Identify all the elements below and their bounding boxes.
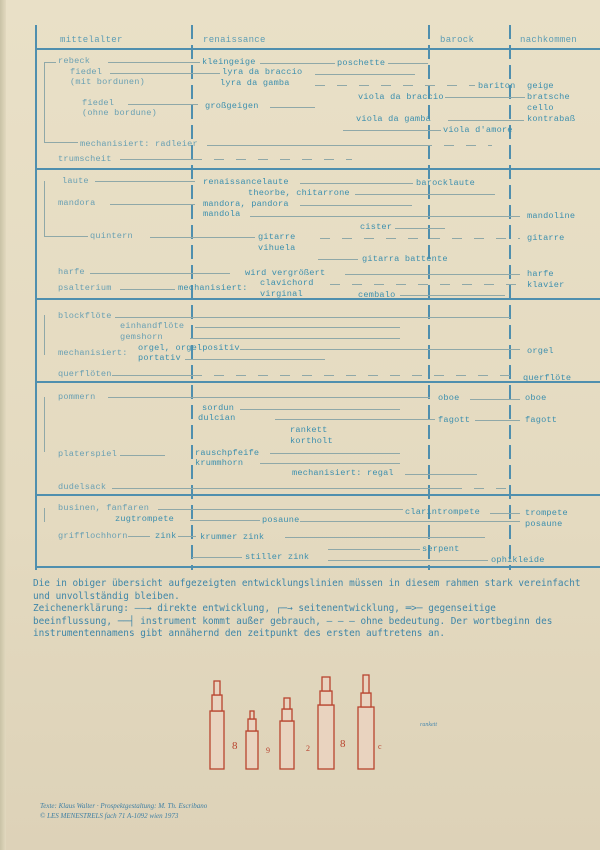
end-bar-icon: ──┤ [118,616,135,627]
arrow-line [95,181,195,182]
section-divider-1 [35,168,600,170]
label-vihuela: vihuela [258,243,296,253]
bracket-line [44,181,45,236]
label-blockfloete: blockflöte [58,311,112,321]
legend-line-2: und unvollständig bleiben. [33,591,583,604]
dashed-line [315,85,475,86]
label-fiedel-1: fiedel [70,67,102,77]
label-mandoline: mandoline [527,211,575,221]
line [270,453,400,454]
label-viola-da-gamba: viola da gamba [356,114,431,124]
line [300,205,412,206]
legend-no-meaning: ohne bedeutung. Der wortbeginn des [360,616,552,627]
legend-mutual-a: gegenseitige [428,603,496,614]
label-krummer-zink: krummer zink [200,532,264,542]
section-divider-4 [35,494,600,496]
legend-direct: direkte entwicklung, [157,603,270,614]
label-rauschpfeife: rauschpfeife [195,448,259,458]
label-cello: cello [527,103,554,113]
dashed-line [452,488,512,489]
line [115,317,510,318]
line [285,537,485,538]
line [395,228,445,229]
label-stiller-zink: stiller zink [245,552,309,562]
label-krummhorn: krummhorn [195,458,243,468]
bracket-line [44,315,45,355]
label-viola-da-braccio: viola da braccio [358,92,444,102]
label-mechanisiert-2: mechanisiert: [58,348,128,358]
label-psalterium: psalterium [58,283,112,293]
section-divider-3 [35,381,600,383]
line [185,359,325,360]
label-fagott-nach: fagott [525,415,557,425]
label-clavichord: clavichord [260,278,314,288]
bracket-line [44,508,45,522]
line [388,63,428,64]
mutual-arrow-icon: ═>─ [406,603,423,614]
arrow-line [448,120,524,121]
side-arrow-icon: ┌─→ [276,603,293,614]
legend-line-5: instrumentennamens gibt annähernd den ze… [33,628,583,641]
arrow-line [110,204,195,205]
arrow-line [475,420,520,421]
label-fiedel-2: fiedel [82,98,114,108]
line [343,130,441,131]
line [195,327,400,328]
label-rankett: rankett [290,425,328,435]
label-laute: laute [62,176,89,186]
line [318,259,358,260]
arrow-line [108,62,200,63]
line [270,107,315,108]
arrow-line [158,509,403,510]
label-ohne-bordune: (ohne bordune) [82,108,157,118]
label-oboe-nach: oboe [525,393,546,403]
legend-line-4: beeinflussung, ──┤ instrument kommt auße… [33,616,583,629]
arrow-line [470,399,520,400]
line [240,409,400,410]
arrow-line [240,349,520,350]
bracket-line [44,62,45,142]
label-barocklaute: barocklaute [416,178,475,188]
line [355,194,495,195]
label-dudelsack: dudelsack [58,482,106,492]
svg-text:8: 8 [340,738,346,750]
line [315,74,415,75]
label-gitarre-ren: gitarre [258,232,296,242]
label-businen: businen, fanfaren [58,503,149,513]
arrow-line [300,183,413,184]
arrow-line [128,536,150,537]
label-orgel-orgelpositiv: orgel, orgelpositiv [138,343,240,353]
label-quintern: quintern [90,231,133,241]
label-posaune-ren: posaune [262,515,300,525]
label-bratsche: bratsche [527,92,570,102]
legend-block: Die in obiger übersicht aufgezeigten ent… [33,578,583,641]
dashed-line-icon: — — — [327,616,355,627]
label-lyra-da-gamba: lyra da gamba [220,78,290,88]
dashed-line [192,375,520,376]
arrow-line [275,419,435,420]
arrow-line [250,216,520,217]
legend-out-of-use: instrument kommt außer gebrauch, [140,616,321,627]
label-harfe-mittel: harfe [58,267,85,277]
label-mit-bordunen: (mit bordunen) [70,77,145,87]
label-zink: zink [155,531,176,541]
arrow-line [345,274,520,275]
line [112,375,192,376]
label-querfloete: querflöte [523,373,571,383]
legend-side: seitenentwicklung, [298,603,400,614]
label-mandora-pandora: mandora, pandora [203,199,289,209]
paper-edge [0,0,6,850]
credits-line-2: © LES MENESTRELS fach 71 A-1092 wien 197… [40,812,178,820]
line [120,159,192,160]
label-klavier: klavier [527,280,565,290]
label-harfe-nach: harfe [527,269,554,279]
label-oboe-barock: oboe [438,393,459,403]
label-radleier: mechanisiert: radleier [80,139,198,149]
label-regal: mechanisiert: regal [292,468,394,478]
credits-line-1: Texte: Klaus Walter · Prospektgestaltung… [40,802,207,810]
arrow-line [110,73,220,74]
line [108,397,178,398]
arrow-line [190,520,260,521]
label-zugtrompete: zugtrompete [115,514,174,524]
arrow-line [260,63,335,64]
line [112,488,452,489]
section-divider-2 [35,298,600,300]
svg-text:2: 2 [306,744,310,753]
label-einhandfloete: einhandflöte [120,321,184,331]
label-orgel: orgel [527,346,554,356]
line [44,236,88,237]
dashed-line [320,238,520,239]
line [44,62,56,63]
label-theorbe: theorbe, chitarrone [248,188,350,198]
line [260,463,400,464]
label-grossgeigen: großgeigen [205,101,259,111]
label-wird-vergroessert: wird vergrößert [245,268,325,278]
arrow-line [178,397,430,398]
header-nachkommen: nachkommen [520,35,577,45]
line [207,145,422,146]
section-divider-5 [35,566,600,568]
label-kleingeige: kleingeige [202,57,256,67]
label-dulcian: dulcian [198,413,236,423]
label-geige: geige [527,81,554,91]
label-ophikleide: ophikleide [491,555,545,565]
legend-mutual-b: beeinflussung, [33,616,112,627]
label-grifflochhorn: grifflochhorn [58,531,128,541]
label-bariton: bariton [478,81,516,91]
label-mechanisiert-1: mechanisiert: [178,283,248,293]
arrow-line [120,289,175,290]
line [120,455,165,456]
dashed-line [192,159,352,160]
header-renaissance: renaissance [203,35,266,45]
header-rule [35,48,600,50]
label-cembalo: cembalo [358,290,396,300]
label-fagott-barock: fagott [438,415,470,425]
arrow-line [178,536,196,537]
svg-text:9: 9 [266,746,270,755]
legend-key-label: Zeichenerklärung: [33,603,129,614]
line [405,474,477,475]
arrow-line [300,521,520,522]
label-serpent: serpent [422,544,460,554]
direct-arrow-icon: ——→ [135,603,152,614]
arrow-line [150,237,255,238]
header-mittelalter: mittelalter [60,35,123,45]
label-mandola: mandola [203,209,241,219]
label-rebeck: rebeck [58,56,90,66]
line [190,338,400,339]
label-poschette: poschette [337,58,385,68]
label-gitarra-battente: gitarra battente [362,254,448,264]
label-posaune-nach: posaune [525,519,563,529]
line [44,142,78,143]
label-virginal: virginal [260,289,303,299]
label-gemshorn: gemshorn [120,332,163,342]
label-mandora: mandora [58,198,96,208]
label-kortholt: kortholt [290,436,333,446]
label-portativ: portativ [138,353,181,363]
label-gitarre-nach: gitarre [527,233,565,243]
line [192,557,242,558]
dashed-line [330,284,520,285]
bracket-line [44,397,45,452]
legend-line-1: Die in obiger übersicht aufgezeigten ent… [33,578,583,591]
illustration-caption: rankett [420,722,437,728]
arrow-line [90,273,230,274]
svg-text:c: c [378,742,382,751]
label-querfloeten: querflöten [58,369,112,379]
arrow-line [490,513,520,514]
label-platerspiel: platerspiel [58,449,117,459]
header-barock: barock [440,35,474,45]
arrow-line [445,97,525,98]
label-trumscheit: trumscheit [58,154,112,164]
label-cister: cister [360,222,392,232]
svg-text:8: 8 [232,740,238,752]
legend-line-3: Zeichenerklärung: ——→ direkte entwicklun… [33,603,583,616]
label-sordun: sordun [202,403,234,413]
label-clarintrompete: clarintrompete [405,507,480,517]
line [328,549,420,550]
label-kontrabass: kontrabaß [527,114,575,124]
line [128,104,198,105]
arrow-line [328,560,488,561]
label-renaissancelaute: renaissancelaute [203,177,289,187]
label-pommern: pommern [58,392,96,402]
dashed-line [422,145,492,146]
label-trompete: trompete [525,508,568,518]
line [400,295,505,296]
rankett-illustration: 8928c [200,673,420,773]
label-lyra-da-braccio: lyra da braccio [222,67,302,77]
label-viola-damore: viola d'amore [443,125,513,135]
